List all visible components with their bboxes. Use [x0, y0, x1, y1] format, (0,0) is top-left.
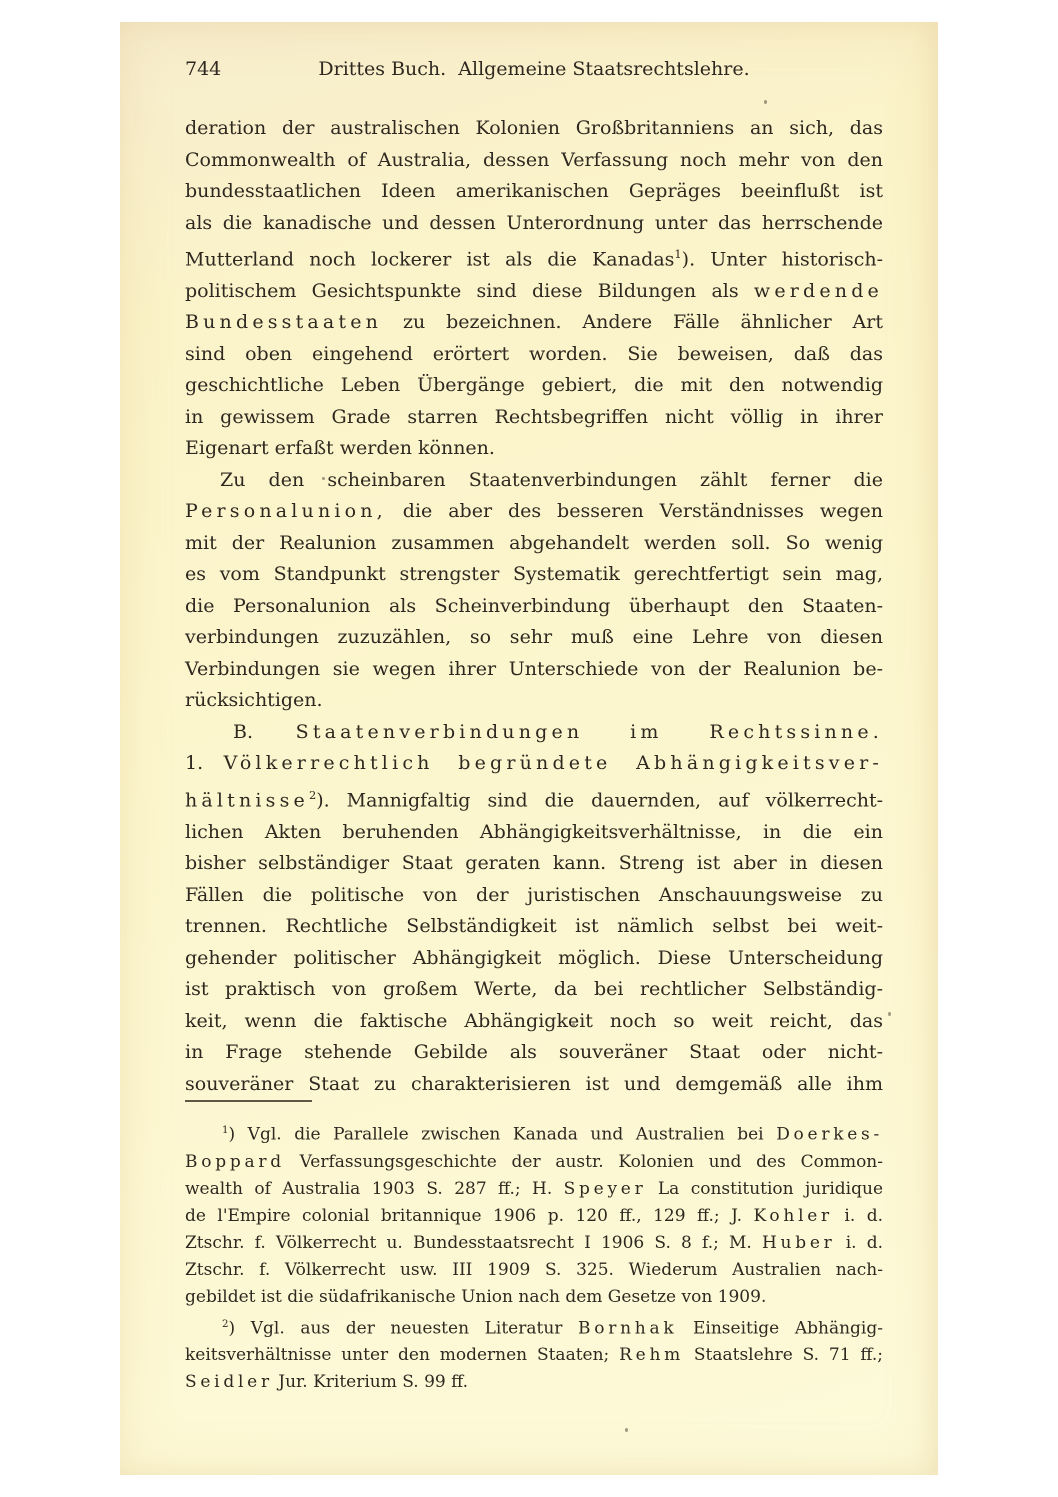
- text-line: politischem Gesichtspunkte sind diese Bi…: [185, 276, 883, 308]
- text-segment: Jur. Kriterium S. 99 ff.: [273, 1372, 468, 1392]
- text-segment: Boppard: [185, 1152, 285, 1172]
- text-line: verbindungen zuzuzählen, so sehr muß ein…: [185, 622, 883, 654]
- text-segment: Kohler: [753, 1206, 833, 1226]
- text-line: in Frage stehende Gebilde als souveräner…: [185, 1037, 883, 1069]
- text-line: 1) Vgl. die Parallele zwischen Kanada un…: [185, 1117, 883, 1149]
- text-line: es vom Standpunkt strengster Systematik …: [185, 559, 883, 591]
- body-text: deration der australischen Kolonien Groß…: [185, 113, 883, 1100]
- text-segment: Eigenart erfaßt werden können.: [185, 437, 495, 459]
- text-line: Bundesstaaten zu bezeichnen. Andere Fäll…: [185, 307, 883, 339]
- text-segment: Staatslehre S. 71 ff.;: [684, 1345, 883, 1365]
- text-segment: rücksichtigen.: [185, 689, 323, 711]
- text-line: Seidler Jur. Kriterium S. 99 ff.: [185, 1369, 883, 1396]
- text-line: Verbindungen sie wegen ihrer Unterschied…: [185, 654, 883, 686]
- text-segment: die Personalunion als Scheinverbindung ü…: [185, 595, 883, 617]
- text-line: in gewissem Grade starren Rechtsbegriffe…: [185, 402, 883, 434]
- text-segment: sind oben eingehend erörtert worden. Sie…: [185, 343, 883, 365]
- text-segment: mit der Realunion zusammen abgehandelt w…: [185, 532, 883, 554]
- text-segment: Huber: [762, 1233, 836, 1253]
- text-line: gebildet ist die südafrikanische Union n…: [185, 1284, 883, 1311]
- text-segment: ). Mannigfaltig sind die dauernden, auf …: [316, 789, 883, 811]
- text-segment: keit, wenn die faktische Abhängigkeit no…: [185, 1010, 883, 1032]
- text-segment: souveräner Staat zu charakterisieren ist…: [185, 1073, 883, 1095]
- text-segment: keitsverhältnisse unter den modernen Sta…: [185, 1345, 619, 1365]
- text-line: bundesstaatlichen Ideen amerikanischen G…: [185, 176, 883, 208]
- footnote-marker: 1: [674, 247, 681, 261]
- text-segment: lichen Akten beruhenden Abhängigkeitsver…: [185, 821, 883, 843]
- text-segment: Doerkes-: [776, 1125, 883, 1145]
- text-segment: 1.: [185, 752, 224, 774]
- scan-speck: [764, 100, 767, 104]
- text-line: B. Staatenverbindungen im Rechtssinne.: [185, 717, 883, 749]
- footnote-separator-rule: [185, 1100, 312, 1102]
- text-segment: politischem Gesichtspunkte sind diese Bi…: [185, 280, 754, 302]
- text-segment: La constitution juridique: [646, 1179, 883, 1199]
- text-line: Eigenart erfaßt werden können.: [185, 433, 883, 465]
- text-line: Personalunion, die aber des besseren Ver…: [185, 496, 883, 528]
- text-line: de l'Empire colonial britannique 1906 p.…: [185, 1203, 883, 1230]
- text-line: ist praktisch von großem Werte, da bei r…: [185, 974, 883, 1006]
- text-line: hältnisse2). Mannigfaltig sind die dauer…: [185, 780, 883, 817]
- text-segment: verbindungen zuzuzählen, so sehr muß ein…: [185, 626, 883, 648]
- text-segment: zu bezeichnen. Andere Fälle ähnlicher Ar…: [382, 311, 883, 333]
- footnotes: 1) Vgl. die Parallele zwischen Kanada un…: [185, 1117, 883, 1396]
- text-segment: Verfassungsgeschichte der austr. Kolonie…: [285, 1152, 883, 1172]
- text-line: bisher selbständiger Staat geraten kann.…: [185, 848, 883, 880]
- running-title: Drittes Buch. Allgemeine Staatsrechtsleh…: [185, 58, 883, 80]
- scan-speck: [888, 1012, 891, 1016]
- text-segment: Völkerrechtlich begründete Abhängigkeits…: [224, 752, 883, 774]
- text-segment: in Frage stehende Gebilde als souveräner…: [185, 1041, 883, 1063]
- scan-speck: [572, 1023, 575, 1027]
- text-segment: trennen. Rechtliche Selbständigkeit ist …: [185, 915, 883, 937]
- text-segment: ist praktisch von großem Werte, da bei r…: [185, 978, 883, 1000]
- text-line: Fällen die politische von der juristisch…: [185, 880, 883, 912]
- text-line: geschichtliche Leben Übergänge gebiert, …: [185, 370, 883, 402]
- text-segment: de l'Empire colonial britannique 1906 p.…: [185, 1206, 753, 1226]
- scan-speck: [438, 127, 441, 131]
- text-segment: bundesstaatlichen Ideen amerikanischen G…: [185, 180, 883, 202]
- text-segment: Zu den scheinbaren Staatenverbindungen z…: [220, 469, 883, 491]
- text-segment: Fällen die politische von der juristisch…: [185, 884, 883, 906]
- text-line: deration der australischen Kolonien Groß…: [185, 113, 883, 145]
- text-segment: die aber des besseren Verständnisses weg…: [387, 500, 883, 522]
- book-page: 744 Drittes Buch. Allgemeine Staatsrecht…: [120, 22, 938, 1475]
- text-segment: Rehm: [619, 1345, 684, 1365]
- text-segment: ) Vgl. aus der neuesten Literatur: [228, 1318, 578, 1338]
- text-line: souveräner Staat zu charakterisieren ist…: [185, 1069, 883, 1101]
- text-line: keit, wenn die faktische Abhängigkeit no…: [185, 1006, 883, 1038]
- text-segment: werdende: [754, 280, 883, 302]
- scan-speck: [625, 1428, 628, 1432]
- text-segment: Ztschr. f. Völkerrecht usw. III 1909 S. …: [185, 1260, 883, 1280]
- text-segment: i. d.: [836, 1233, 883, 1253]
- text-segment: Bornhak: [578, 1318, 677, 1338]
- text-line: Zu den scheinbaren Staatenverbindungen z…: [185, 465, 883, 497]
- text-segment: Personalunion,: [185, 500, 387, 522]
- text-segment: es vom Standpunkt strengster Systematik …: [185, 563, 883, 585]
- text-segment: als die kanadische und dessen Unterordnu…: [185, 212, 883, 234]
- text-line: lichen Akten beruhenden Abhängigkeitsver…: [185, 817, 883, 849]
- page-number: 744: [185, 58, 221, 80]
- text-segment: deration der australischen Kolonien Groß…: [185, 117, 883, 139]
- text-segment: Seidler: [185, 1372, 273, 1392]
- text-segment: ). Unter historisch-: [682, 248, 883, 270]
- text-line: die Personalunion als Scheinverbindung ü…: [185, 591, 883, 623]
- text-segment: gebildet ist die südafrikanische Union n…: [185, 1287, 766, 1307]
- text-line: 2) Vgl. aus der neuesten Literatur Bornh…: [185, 1311, 883, 1343]
- text-line: Ztschr. f. Völkerrecht usw. III 1909 S. …: [185, 1257, 883, 1284]
- scan-speck: [322, 477, 325, 480]
- page-header: 744 Drittes Buch. Allgemeine Staatsrecht…: [185, 58, 883, 88]
- text-line: Mutterland noch lockerer ist als die Kan…: [185, 239, 883, 276]
- text-line: trennen. Rechtliche Selbständigkeit ist …: [185, 911, 883, 943]
- text-line: mit der Realunion zusammen abgehandelt w…: [185, 528, 883, 560]
- text-segment: gehender politischer Abhängigkeit möglic…: [185, 947, 883, 969]
- text-segment: hältnisse: [185, 789, 309, 811]
- text-line: gehender politischer Abhängigkeit möglic…: [185, 943, 883, 975]
- text-line: Ztschr. f. Völkerrecht u. Bundesstaatsre…: [185, 1230, 883, 1257]
- text-line: keitsverhältnisse unter den modernen Sta…: [185, 1342, 883, 1369]
- text-segment: in gewissem Grade starren Rechtsbegriffe…: [185, 406, 883, 428]
- text-segment: Ztschr. f. Völkerrecht u. Bundesstaatsre…: [185, 1233, 762, 1253]
- text-segment: Verbindungen sie wegen ihrer Unterschied…: [185, 658, 883, 680]
- text-segment: Mutterland noch lockerer ist als die Kan…: [185, 248, 674, 270]
- text-segment: Staatenverbindungen im Rechtssinne.: [296, 721, 883, 743]
- text-segment: wealth of Australia 1903 S. 287 ff.; H.: [185, 1179, 564, 1199]
- text-line: rücksichtigen.: [185, 685, 883, 717]
- text-segment: Commonwealth of Australia, dessen Verfas…: [185, 149, 883, 171]
- text-line: sind oben eingehend erörtert worden. Sie…: [185, 339, 883, 371]
- text-line: Commonwealth of Australia, dessen Verfas…: [185, 145, 883, 177]
- text-line: Boppard Verfassungsgeschichte der austr.…: [185, 1149, 883, 1176]
- text-line: wealth of Australia 1903 S. 287 ff.; H. …: [185, 1176, 883, 1203]
- text-segment: geschichtliche Leben Übergänge gebiert, …: [185, 374, 883, 396]
- text-segment: bisher selbständiger Staat geraten kann.…: [185, 852, 883, 874]
- text-segment: B.: [233, 721, 296, 743]
- text-line: 1. Völkerrechtlich begründete Abhängigke…: [185, 748, 883, 780]
- text-line: als die kanadische und dessen Unterordnu…: [185, 208, 883, 240]
- text-segment: i. d.: [833, 1206, 883, 1226]
- text-segment: Bundesstaaten: [185, 311, 382, 333]
- text-segment: Einseitige Abhängig-: [677, 1318, 883, 1338]
- scanned-book-page: { "page": { "number": "744", "running_ti…: [0, 0, 1058, 1497]
- text-segment: Speyer: [564, 1179, 647, 1199]
- text-segment: ) Vgl. die Parallele zwischen Kanada und…: [228, 1125, 776, 1145]
